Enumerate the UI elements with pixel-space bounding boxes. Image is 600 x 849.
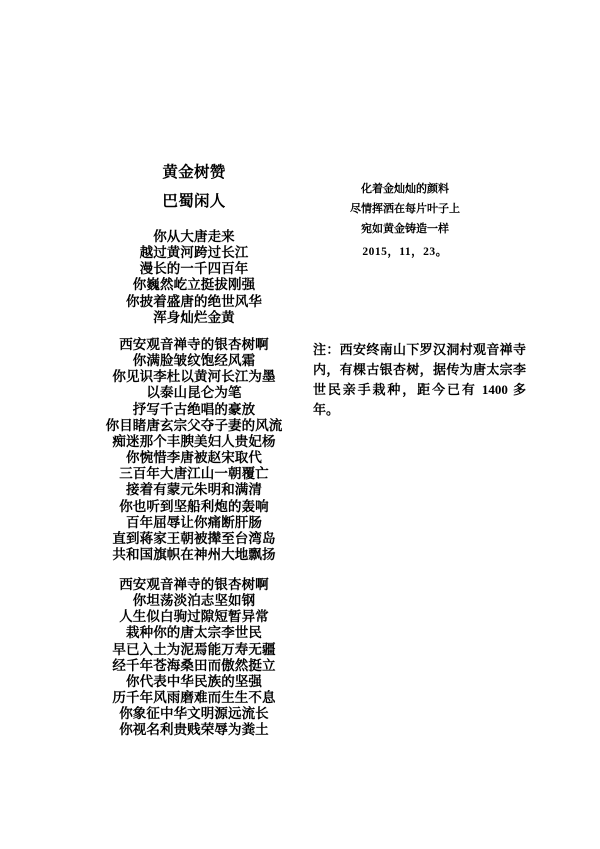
poem-line: 百年屈辱让你痛断肝肠	[94, 515, 294, 531]
poem-line: 你从大唐走来	[94, 229, 294, 245]
poem-line: 抒写千古绝唱的豪放	[94, 402, 294, 418]
poem-line: 越过黄河跨过长江	[94, 245, 294, 261]
poem-line: 你坦荡淡泊志坚如钢	[94, 593, 294, 609]
poem-line: 你视名利贵贱荣辱为粪土	[94, 722, 294, 738]
poem-line: 西安观音禅寺的银杏树啊	[94, 337, 294, 353]
poem-line: 宛如黄金铸造一样	[305, 219, 505, 239]
poem-stanza-1: 你从大唐走来越过黄河跨过长江漫长的一千四百年你巍然屹立挺拔刚强你披着盛唐的绝世风…	[94, 229, 294, 326]
poem-closing-lines: 化着金灿灿的颜料尽情挥洒在每片叶子上宛如黄金铸造一样	[305, 179, 505, 239]
poem-author: 巴蜀闲人	[94, 193, 294, 211]
poem-line: 漫长的一千四百年	[94, 261, 294, 277]
poem-line: 以泰山昆仑为笔	[94, 385, 294, 401]
poem-line: 你目睹唐玄宗父夺子妻的风流	[94, 418, 294, 434]
poem-line: 你满脸皱纹饱经风霜	[94, 353, 294, 369]
document-page: 黄金树赞 巴蜀闲人 你从大唐走来越过黄河跨过长江漫长的一千四百年你巍然屹立挺拔刚…	[0, 0, 600, 849]
poem-line: 尽情挥洒在每片叶子上	[305, 199, 505, 219]
poem-line: 你象征中华文明源远流长	[94, 706, 294, 722]
poem-line: 你也听到坚船利炮的轰响	[94, 499, 294, 515]
poem-line: 经千年苍海桑田而傲然挺立	[94, 658, 294, 674]
poem-line: 共和国旗帜在神州大地飘扬	[94, 547, 294, 563]
poem-line: 直到蒋家王朝被撵至台湾岛	[94, 531, 294, 547]
poem-line: 你代表中华民族的坚强	[94, 674, 294, 690]
poem-line: 人生似白驹过隙短暂异常	[94, 609, 294, 625]
poem-line: 接着有蒙元朱明和满清	[94, 482, 294, 498]
poem-line: 栽种你的唐太宗李世民	[94, 625, 294, 641]
poem-line: 化着金灿灿的颜料	[305, 179, 505, 199]
poem-line: 西安观音禅寺的银杏树啊	[94, 577, 294, 593]
poem-line: 痴迷那个丰腴美妇人贵妃杨	[94, 434, 294, 450]
poem-line: 你巍然屹立挺拔刚强	[94, 277, 294, 293]
poem-stanza-3: 西安观音禅寺的银杏树啊你坦荡淡泊志坚如钢人生似白驹过隙短暂异常栽种你的唐太宗李世…	[94, 577, 294, 739]
poem-line: 你见识李杜以黄河长江为墨	[94, 369, 294, 385]
poem-line: 三百年大唐江山一朝覆亡	[94, 466, 294, 482]
footnote: 注：西安终南山下罗汉洞村观音禅寺内，有棵古银杏树，据传为唐太宗李世民亲手栽种，距…	[313, 340, 526, 420]
poem-line: 早已入土为泥焉能万寿无疆	[94, 642, 294, 658]
poem-stanza-2: 西安观音禅寺的银杏树啊你满脸皱纹饱经风霜你见识李杜以黄河长江为墨以泰山昆仑为笔抒…	[94, 337, 294, 563]
poem-line: 你惋惜李唐被赵宋取代	[94, 450, 294, 466]
poem-line: 你披着盛唐的绝世风华	[94, 294, 294, 310]
poem-date: 2015，11，23。	[305, 245, 505, 259]
poem-line: 历千年风雨磨难而生生不息	[94, 690, 294, 706]
poem-title: 黄金树赞	[94, 164, 294, 182]
poem-line: 浑身灿烂金黄	[94, 310, 294, 326]
